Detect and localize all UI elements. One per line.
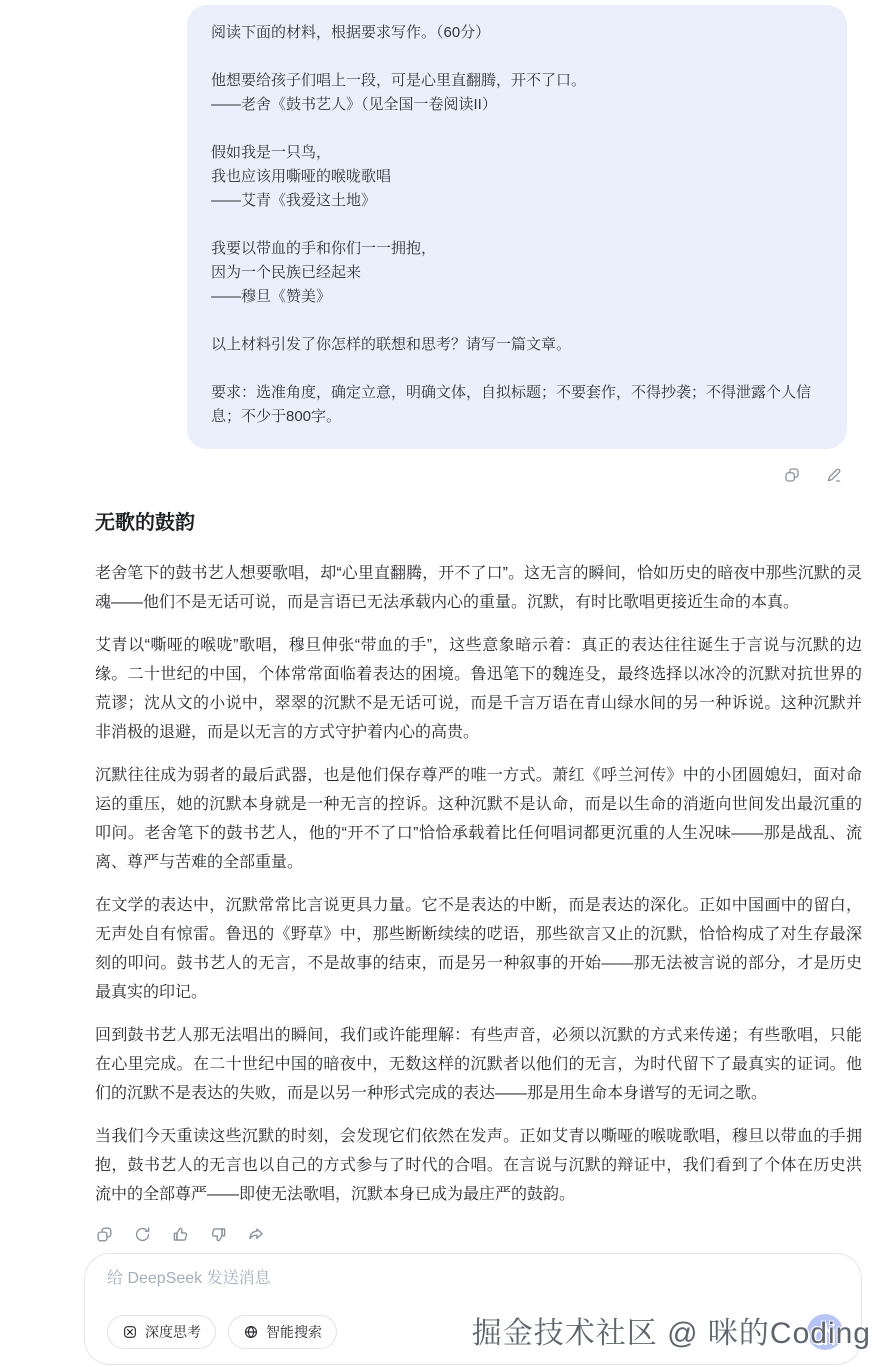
user-message-bubble: 阅读下面的材料，根据要求写作。（60分） 他想要给孩子们唱上一段，可是心里直翻腾… [187, 5, 847, 449]
assistant-message: 无歌的鼓韵 老舍笔下的鼓书艺人想要歌唱，却“心里直翻腾，开不了口”。这无言的瞬间… [95, 506, 862, 1244]
share-button[interactable] [247, 1225, 266, 1244]
essay-paragraph: 沉默往往成为弱者的最后武器，也是他们保存尊严的唯一方式。萧红《呼兰河传》中的小团… [95, 761, 862, 877]
thumbs-down-button[interactable] [209, 1225, 228, 1244]
thumbs-down-icon [209, 1225, 228, 1244]
copy-icon [95, 1225, 114, 1244]
chat-thread: 阅读下面的材料，根据要求写作。（60分） 他想要给孩子们唱上一段，可是心里直翻腾… [95, 5, 862, 1244]
globe-icon [243, 1324, 259, 1340]
edit-button[interactable] [825, 466, 843, 484]
chat-page: 阅读下面的材料，根据要求写作。（60分） 他想要给孩子们唱上一段，可是心里直翻腾… [0, 5, 877, 1367]
edit-icon [825, 466, 843, 484]
message-composer: 深度思考 智能搜索 [84, 1253, 862, 1365]
essay-paragraph: 在文学的表达中，沉默常常比言说更具力量。它不是表达的中断，而是表达的深化。正如中… [95, 891, 862, 1007]
composer-toolbar: 深度思考 智能搜索 [107, 1314, 843, 1350]
essay-paragraph: 当我们今天重读这些沉默的时刻，会发现它们依然在发声。正如艾青以嘶哑的喉咙歌唱，穆… [95, 1122, 862, 1209]
copy-icon [783, 466, 801, 484]
deep-think-button[interactable]: 深度思考 [107, 1315, 216, 1349]
essay-paragraph: 回到鼓书艺人那无法唱出的瞬间，我们或许能理解：有些声音，必须以沉默的方式来传递；… [95, 1021, 862, 1108]
thumbs-up-icon [171, 1225, 190, 1244]
regenerate-button[interactable] [133, 1225, 152, 1244]
copy-button[interactable] [783, 466, 801, 484]
deep-think-label: 深度思考 [145, 1322, 201, 1342]
assistant-message-actions [95, 1225, 862, 1244]
user-message-actions [783, 466, 847, 484]
send-button[interactable] [807, 1314, 843, 1350]
web-search-label: 智能搜索 [266, 1322, 322, 1342]
thumbs-up-button[interactable] [171, 1225, 190, 1244]
essay-paragraph: 艾青以“嘶哑的喉咙”歌唱，穆旦伸张“带血的手”，这些意象暗示着：真正的表达往往诞… [95, 631, 862, 747]
web-search-button[interactable]: 智能搜索 [228, 1315, 337, 1349]
essay-paragraph: 老舍笔下的鼓书艺人想要歌唱，却“心里直翻腾，开不了口”。这无言的瞬间，恰如历史的… [95, 559, 862, 617]
share-icon [247, 1225, 266, 1244]
essay-title: 无歌的鼓韵 [95, 506, 862, 535]
user-message-row: 阅读下面的材料，根据要求写作。（60分） 他想要给孩子们唱上一段，可是心里直翻腾… [95, 5, 862, 484]
deepthink-icon [122, 1324, 138, 1340]
send-arrow-icon [816, 1323, 834, 1341]
regenerate-icon [133, 1225, 152, 1244]
copy-button[interactable] [95, 1225, 114, 1244]
message-input[interactable] [107, 1268, 843, 1294]
